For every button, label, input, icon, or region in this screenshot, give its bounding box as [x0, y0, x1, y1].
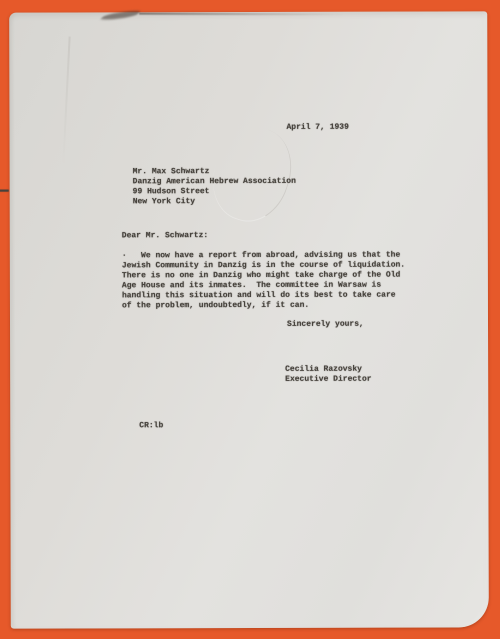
letter-body: · We now have a report from abroad, advi…	[122, 251, 405, 312]
recipient-street: 99 Hudson Street	[133, 187, 296, 197]
complimentary-closing: Sincerely yours,	[287, 320, 364, 330]
signature-block: Cecilia Razovsky Executive Director	[285, 365, 371, 385]
reference-initials: CR:lb	[139, 421, 163, 431]
body-text-line: of the problem, undoubtedly, if it can.	[122, 301, 405, 312]
letter-page: April 7, 1939 Mr. Max Schwartz Danzig Am…	[9, 11, 489, 628]
torn-edge-mark	[139, 13, 344, 16]
crease-mark	[62, 37, 70, 167]
ink-smudge-mark	[100, 10, 141, 21]
scanner-mat-background: April 7, 1939 Mr. Max Schwartz Danzig Am…	[0, 0, 500, 639]
signature-title: Executive Director	[285, 375, 371, 385]
recipient-address-block: Mr. Max Schwartz Danzig American Hebrew …	[133, 167, 296, 207]
salutation: Dear Mr. Schwartz:	[122, 231, 208, 241]
signature-name: Cecilia Razovsky	[285, 365, 371, 375]
recipient-organization: Danzig American Hebrew Association	[133, 177, 296, 187]
margin-dash-annotation	[0, 190, 9, 192]
recipient-city: New York City	[133, 197, 296, 207]
body-text-line: handling this situation and will do its …	[122, 291, 405, 302]
letter-date: April 7, 1939	[286, 123, 348, 133]
recipient-name: Mr. Max Schwartz	[133, 167, 296, 177]
